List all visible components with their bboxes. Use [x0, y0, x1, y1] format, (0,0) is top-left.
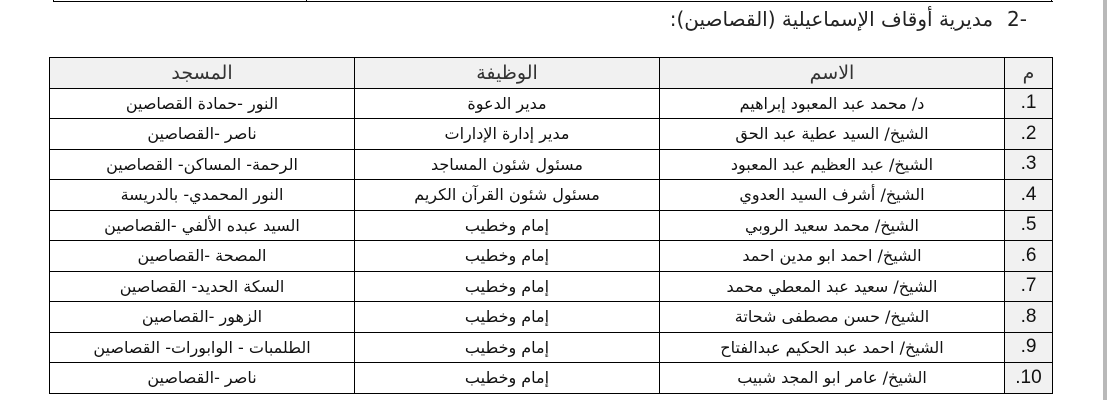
table-row: .5 الشيخ/ محمد سعيد الروبي إمام وخطيب ال… [50, 210, 1053, 241]
row-job: إمام وخطيب [355, 271, 660, 302]
row-job: مسئول شئون المساجد [355, 149, 660, 180]
divider [53, 1, 1053, 2]
row-job: مسئول شئون القرآن الكريم [355, 180, 660, 211]
document-page: -2مديرية أوقاف الإسماعيلية (القصاصين): م… [0, 0, 1103, 400]
row-mosque: الزهور -القصاصين [50, 302, 355, 333]
row-number: .7 [1005, 271, 1053, 302]
table-row: .1 د/ محمد عبد المعبود إبراهيم مدير الدع… [50, 88, 1053, 119]
previous-table-bottom-border [53, 0, 1053, 2]
table-header-row: م الاسم الوظيفة المسجد [50, 58, 1053, 89]
divider [1051, 0, 1052, 2]
row-number: .3 [1005, 149, 1053, 180]
row-mosque: النور المحمدي- بالدريسة [50, 180, 355, 211]
table-row: .7 الشيخ/ سعيد عبد المعطي محمد إمام وخطي… [50, 271, 1053, 302]
row-job: إمام وخطيب [355, 241, 660, 272]
divider [53, 0, 54, 2]
row-number: .2 [1005, 119, 1053, 150]
vertical-scrollbar[interactable] [1103, 0, 1107, 400]
row-name: الشيخ/ حسن مصطفى شحاتة [660, 302, 1005, 333]
row-job: إمام وخطيب [355, 363, 660, 394]
table-row: .4 الشيخ/ أشرف السيد العدوي مسئول شئون ا… [50, 180, 1053, 211]
table-row: .10 الشيخ/ عامر ابو المجد شبيب إمام وخطي… [50, 363, 1053, 394]
section-number: -2 [1007, 7, 1027, 31]
row-job: إمام وخطيب [355, 210, 660, 241]
table-row: .6 الشيخ/ احمد ابو مدين احمد إمام وخطيب … [50, 241, 1053, 272]
row-mosque: ناصر -القصاصين [50, 363, 355, 394]
row-mosque: ناصر -القصاصين [50, 119, 355, 150]
row-mosque: الرحمة- المساكن- القصاصين [50, 149, 355, 180]
row-job: إمام وخطيب [355, 332, 660, 363]
row-mosque: السيد عبده الألفي -القصاصين [50, 210, 355, 241]
row-number: .9 [1005, 332, 1053, 363]
table-row: .2 الشيخ/ السيد عطية عبد الحق مدير إدارة… [50, 119, 1053, 150]
row-number: .6 [1005, 241, 1053, 272]
divider [306, 0, 307, 2]
row-number: .4 [1005, 180, 1053, 211]
row-name: الشيخ/ احمد ابو مدين احمد [660, 241, 1005, 272]
row-job: مدير إدارة الإدارات [355, 119, 660, 150]
header-name: الاسم [660, 58, 1005, 89]
row-mosque: الطلمبات - الوابورات- القصاصين [50, 332, 355, 363]
row-job: مدير الدعوة [355, 88, 660, 119]
row-name: الشيخ/ عبد العظيم عبد المعبود [660, 149, 1005, 180]
row-mosque: النور -حمادة القصاصين [50, 88, 355, 119]
row-name: د/ محمد عبد المعبود إبراهيم [660, 88, 1005, 119]
header-mosque: المسجد [50, 58, 355, 89]
row-name: الشيخ/ عامر ابو المجد شبيب [660, 363, 1005, 394]
staff-table: م الاسم الوظيفة المسجد .1 د/ محمد عبد ال… [49, 57, 1053, 394]
row-mosque: المصحة -القصاصين [50, 241, 355, 272]
table-row: .9 الشيخ/ احمد عبد الحكيم عبدالفتاح إمام… [50, 332, 1053, 363]
row-number: .5 [1005, 210, 1053, 241]
row-number: .8 [1005, 302, 1053, 333]
row-name: الشيخ/ سعيد عبد المعطي محمد [660, 271, 1005, 302]
section-heading: -2مديرية أوقاف الإسماعيلية (القصاصين): [670, 7, 1027, 31]
row-name: الشيخ/ احمد عبد الحكيم عبدالفتاح [660, 332, 1005, 363]
row-name: الشيخ/ محمد سعيد الروبي [660, 210, 1005, 241]
row-number: .10 [1005, 363, 1053, 394]
row-name: الشيخ/ أشرف السيد العدوي [660, 180, 1005, 211]
row-name: الشيخ/ السيد عطية عبد الحق [660, 119, 1005, 150]
row-job: إمام وخطيب [355, 302, 660, 333]
header-num: م [1005, 58, 1053, 89]
table-row: .8 الشيخ/ حسن مصطفى شحاتة إمام وخطيب الز… [50, 302, 1053, 333]
row-number: .1 [1005, 88, 1053, 119]
row-mosque: السكة الحديد- القصاصين [50, 271, 355, 302]
header-job: الوظيفة [355, 58, 660, 89]
table-row: .3 الشيخ/ عبد العظيم عبد المعبود مسئول ش… [50, 149, 1053, 180]
section-title: مديرية أوقاف الإسماعيلية (القصاصين): [670, 7, 993, 31]
